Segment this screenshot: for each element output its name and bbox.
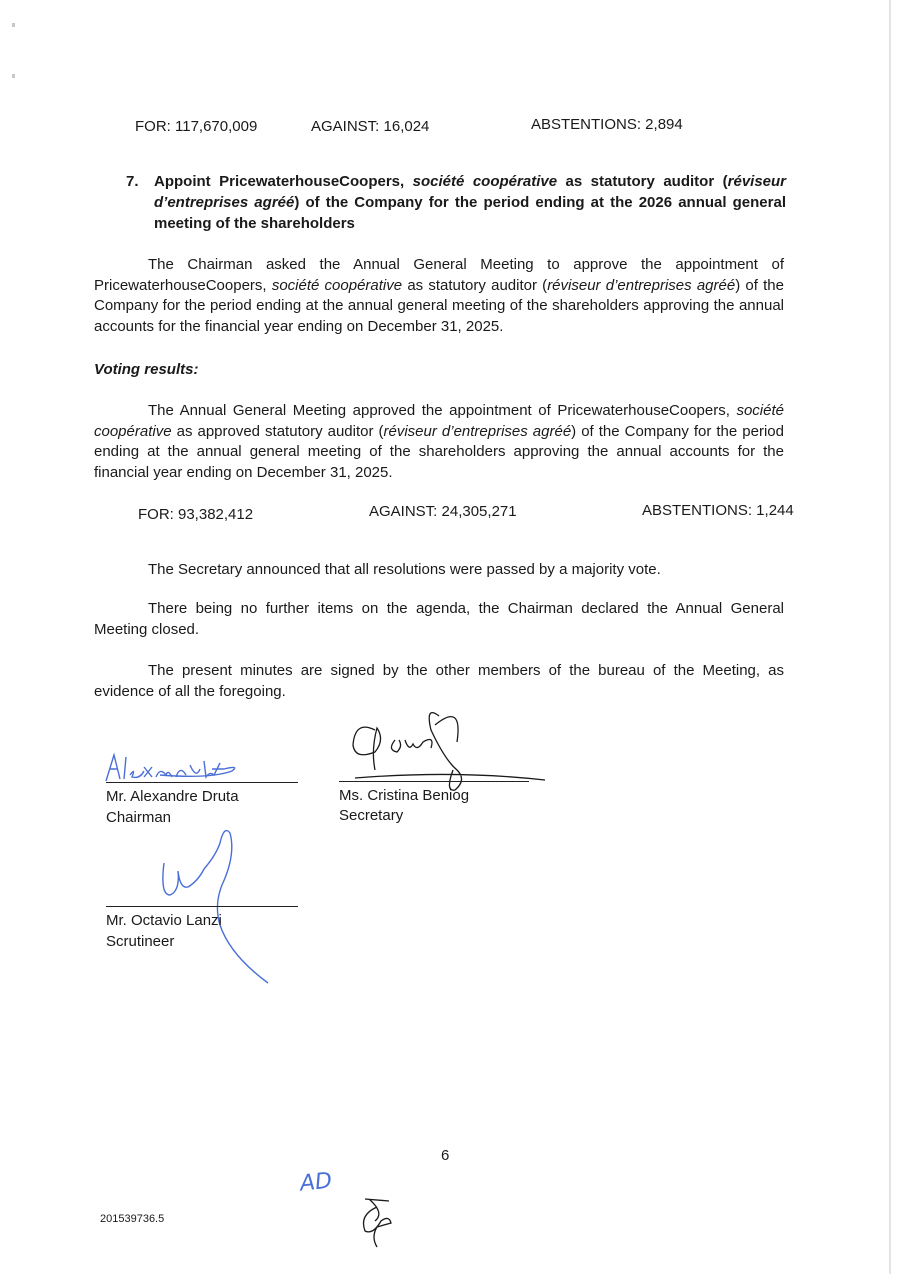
heading-text: Appoint PricewaterhouseCoopers, — [154, 173, 413, 190]
signatory-role: Scrutineer — [106, 933, 174, 950]
chairman-signature-line — [106, 782, 298, 783]
paragraph-text: There being no further items on the agen… — [94, 600, 784, 638]
paragraph-text: The present minutes are signed by the ot… — [94, 662, 784, 700]
signatory-name: Mr. Alexandre Druta — [106, 788, 239, 805]
voting-results-label: Voting results: — [94, 361, 198, 378]
resolution-number: 7. — [126, 171, 139, 192]
document-id: 201539736.5 — [100, 1213, 164, 1225]
heading-text: as statutory auditor ( — [557, 173, 728, 190]
vote-against: AGAINST: 24,305,271 — [369, 503, 517, 520]
heading-italic: société coopérative — [413, 173, 557, 190]
scan-speck — [12, 23, 15, 27]
vote-abstentions: ABSTENTIONS: 1,244 — [642, 502, 794, 519]
page-number: 6 — [441, 1147, 449, 1164]
signatory-role: Chairman — [106, 809, 171, 826]
request-paragraph: The Chairman asked the Annual General Me… — [94, 255, 784, 337]
paragraph-text: The Secretary announced that all resolut… — [148, 561, 661, 578]
secretary-announcement: The Secretary announced that all resolut… — [94, 560, 784, 581]
chairman-signature — [100, 745, 250, 790]
signatory-role: Secretary — [339, 807, 403, 824]
previous-vote-against: AGAINST: 16,024 — [311, 118, 429, 135]
paragraph-text: The Annual General Meeting approved the … — [148, 402, 736, 419]
secretary-signature-line — [339, 781, 529, 782]
paragraph-text: as statutory auditor ( — [402, 277, 547, 294]
signatory-name: Mr. Octavio Lanzi — [106, 912, 222, 929]
previous-vote-abstentions: ABSTENTIONS: 2,894 — [531, 116, 683, 133]
resolution-heading: 7. Appoint PricewaterhouseCoopers, socié… — [126, 171, 786, 234]
scrutineer-signature-line — [106, 906, 298, 907]
paragraph-text: as approved statutory auditor ( — [172, 423, 384, 440]
handwritten-initials: AD — [299, 1168, 333, 1196]
scrutineer-signature — [150, 825, 280, 990]
paragraph-italic: réviseur d’entreprises agréé — [384, 423, 572, 440]
signatory-name: Ms. Cristina Beniog — [339, 787, 469, 804]
secretary-initials-mark — [355, 1193, 400, 1251]
vote-for: FOR: 93,382,412 — [138, 506, 253, 523]
signature-statement: The present minutes are signed by the ot… — [94, 661, 784, 702]
paragraph-italic: société coopérative — [272, 277, 402, 294]
result-paragraph: The Annual General Meeting approved the … — [94, 401, 784, 483]
page-edge — [889, 0, 891, 1274]
previous-vote-for: FOR: 117,670,009 — [135, 118, 257, 135]
scan-speck — [12, 74, 15, 78]
paragraph-italic: réviseur d’entreprises agréé — [547, 277, 735, 294]
meeting-closed-paragraph: There being no further items on the agen… — [94, 599, 784, 640]
